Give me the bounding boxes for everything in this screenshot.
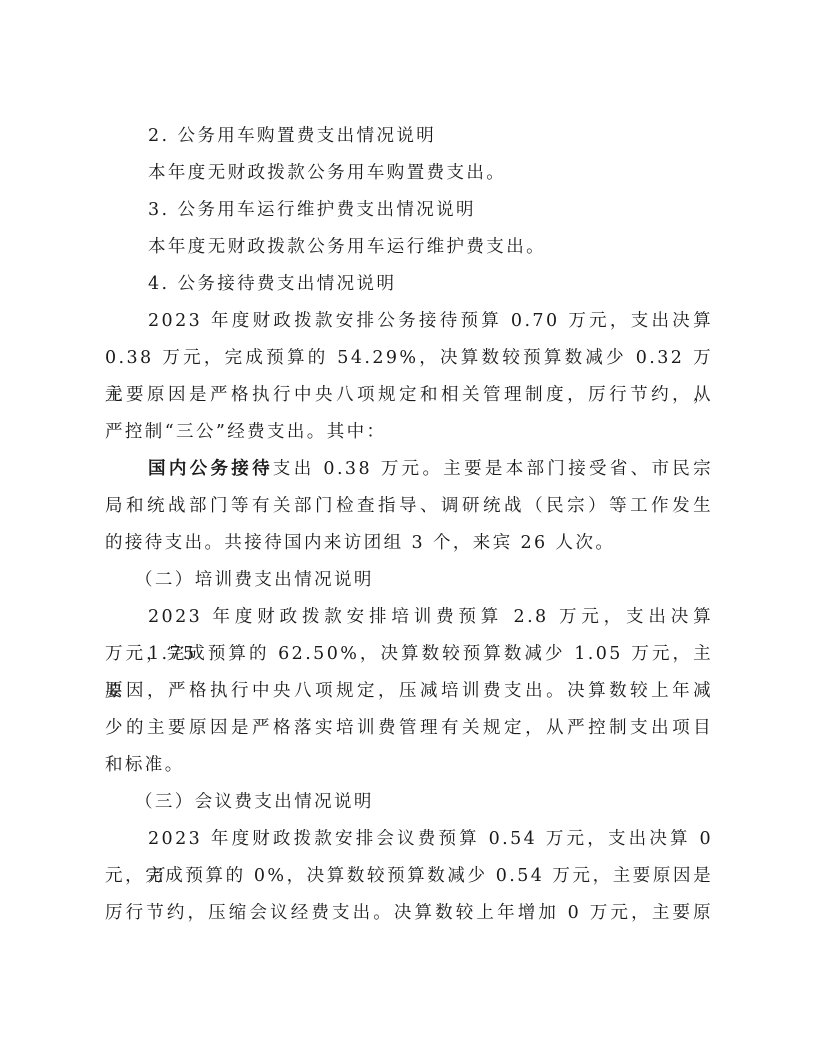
- paragraph-line: 2023 年度财政拨款安排培训费预算 2.8 万元，支出决算 1.75: [105, 599, 713, 636]
- section-heading-vehicle-maintenance: 3. 公务用车运行维护费支出情况说明: [105, 192, 713, 229]
- section-heading-reception: 4. 公务接待费支出情况说明: [105, 266, 713, 303]
- paragraph-line: 的接待支出。共接待国内来访团组 3 个，来宾 26 人次。: [105, 525, 713, 562]
- paragraph-line: 本年度无财政拨款公务用车运行维护费支出。: [105, 229, 713, 266]
- section-heading-meetings: （三）会议费支出情况说明: [105, 784, 713, 821]
- paragraph-line: 万元，完成预算的 62.50%，决算数较预算数减少 1.05 万元，主要: [105, 636, 713, 673]
- paragraph-line: 原因，严格执行中央八项规定，压减培训费支出。决算数较上年减: [105, 673, 713, 710]
- paragraph-line: 厉行节约，压缩会议经费支出。决算数较上年增加 0 万元，主要原: [105, 895, 713, 932]
- section-heading-training: （二）培训费支出情况说明: [105, 562, 713, 599]
- paragraph-line: 和标准。: [105, 747, 713, 784]
- paragraph-line-domestic-reception: 国内公务接待支出 0.38 万元。主要是本部门接受省、市民宗: [105, 451, 713, 488]
- bold-label-domestic-reception: 国内公务接待: [148, 459, 273, 479]
- paragraph-line: 元，完成预算的 0%，决算数较预算数减少 0.54 万元，主要原因是: [105, 858, 713, 895]
- paragraph-line: 2023 年度财政拨款安排会议费预算 0.54 万元，支出决算 0 万: [105, 821, 713, 858]
- paragraph-text: 支出 0.38 万元。主要是本部门接受省、市民宗: [273, 459, 713, 479]
- paragraph-line: 2023 年度财政拨款安排公务接待预算 0.70 万元，支出决算: [105, 303, 713, 340]
- document-page: 2. 公务用车购置费支出情况说明 本年度无财政拨款公务用车购置费支出。 3. 公…: [105, 118, 713, 932]
- paragraph-line: 主要原因是严格执行中央八项规定和相关管理制度，厉行节约，从: [105, 377, 713, 414]
- paragraph-line: 0.38 万元，完成预算的 54.29%，决算数较预算数减少 0.32 万元，: [105, 340, 713, 377]
- paragraph-line: 本年度无财政拨款公务用车购置费支出。: [105, 155, 713, 192]
- paragraph-line: 局和统战部门等有关部门检查指导、调研统战（民宗）等工作发生: [105, 488, 713, 525]
- paragraph-line: 少的主要原因是严格落实培训费管理有关规定，从严控制支出项目: [105, 710, 713, 747]
- paragraph-line: 严控制“三公”经费支出。其中：: [105, 414, 713, 451]
- section-heading-vehicle-purchase: 2. 公务用车购置费支出情况说明: [105, 118, 713, 155]
